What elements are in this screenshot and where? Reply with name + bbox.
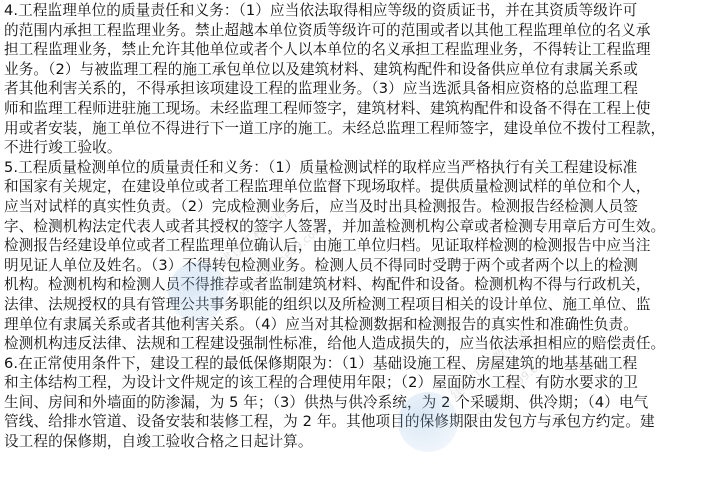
text-line-11: 应当对试样的真实性负责。（2）完成检测业务后，应当及时出具检测报告。检测报告经检… [4,197,716,217]
text-line-21: 生间、房间和外墙面的防渗漏，为 5 年；（3）供热与供冷系统，为 2 个采暖期、… [4,393,716,413]
text-line-2: 的范围内承担工程监理业务。禁止超越本单位资质等级许可的范围或者以其他工程监理单位… [4,21,716,41]
text-line-5: 者其他利害关系的，不得承担该项建设工程的监理业务。（3）应当选派具备相应资格的总… [4,79,716,99]
text-line-4: 业务。（2）与被监理工程的施工承包单位以及建筑材料、建筑构配件和设备供应单位有隶… [4,60,716,80]
text-line-13: 检测报告经建设单位或者工程监理单位确认后，由施工单位归档。见证取样检测的检测报告… [4,236,716,256]
text-line-17: 理单位有隶属关系或者其他利害关系。（4）应当对其检测数据和检测报告的真实性和准确… [4,315,716,335]
text-line-16: 法律、法规授权的具有管理公共事务职能的组织以及所检测工程项目相关的设计单位、施工… [4,295,716,315]
text-line-7: 用或者安装，施工单位不得进行下一道工序的施工。未经总监理工程师签字，建设单位不拨… [4,119,716,139]
text-line-14: 明见证人单位及姓名。（3）不得转包检测业务。检测人员不得同时受聘于两个或者两个以… [4,256,716,276]
text-line-10: 和国家有关规定，在建设单位或者工程监理单位监督下现场取样。提供质量检测试样的单位… [4,177,716,197]
text-line-9: 5.工程质量检测单位的质量责任和义务：（1）质量检测试样的取样应当严格执行有关工… [4,158,716,178]
text-line-1: 4.工程监理单位的质量责任和义务：（1）应当依法取得相应等级的资质证书，并在其资… [4,1,716,21]
text-line-8: 不进行竣工验收。 [4,138,716,158]
text-line-19: 6.在正常使用条件下，建设工程的最低保修期限为：（1）基础设施工程、房屋建筑的地… [4,354,716,374]
text-line-18: 检测机构违反法律、法规和工程建设强制性标准，给他人造成损失的，应当依法承担相应的… [4,334,716,354]
text-line-12: 字、检测机构法定代表人或者其授权的签字人签署，并加盖检测机构公章或者检测专用章后… [4,217,716,237]
text-line-22: 管线、给排水管道、设备安装和装修工程，为 2 年。其他项目的保修期限由发包方与承… [4,412,716,432]
text-line-23: 设工程的保修期，自竣工验收合格之日起计算。 [4,432,716,452]
text-line-6: 师和监理工程师进驻施工现场。未经监理工程师签字，建筑材料、建筑构配件和设备不得在… [4,99,716,119]
text-line-20: 和主体结构工程，为设计文件规定的该工程的合理使用年限；（2）屋面防水工程、有防水… [4,373,716,393]
document-body: 4.工程监理单位的质量责任和义务：（1）应当依法取得相应等级的资质证书，并在其资… [4,1,716,452]
text-line-3: 担工程监理业务，禁止允许其他单位或者个人以本单位的名义承担工程监理业务，不得转让… [4,40,716,60]
text-line-15: 机构。检测机构和检测人员不得推荐或者监制建筑材料、构配件和设备。检测机构不得与行… [4,275,716,295]
